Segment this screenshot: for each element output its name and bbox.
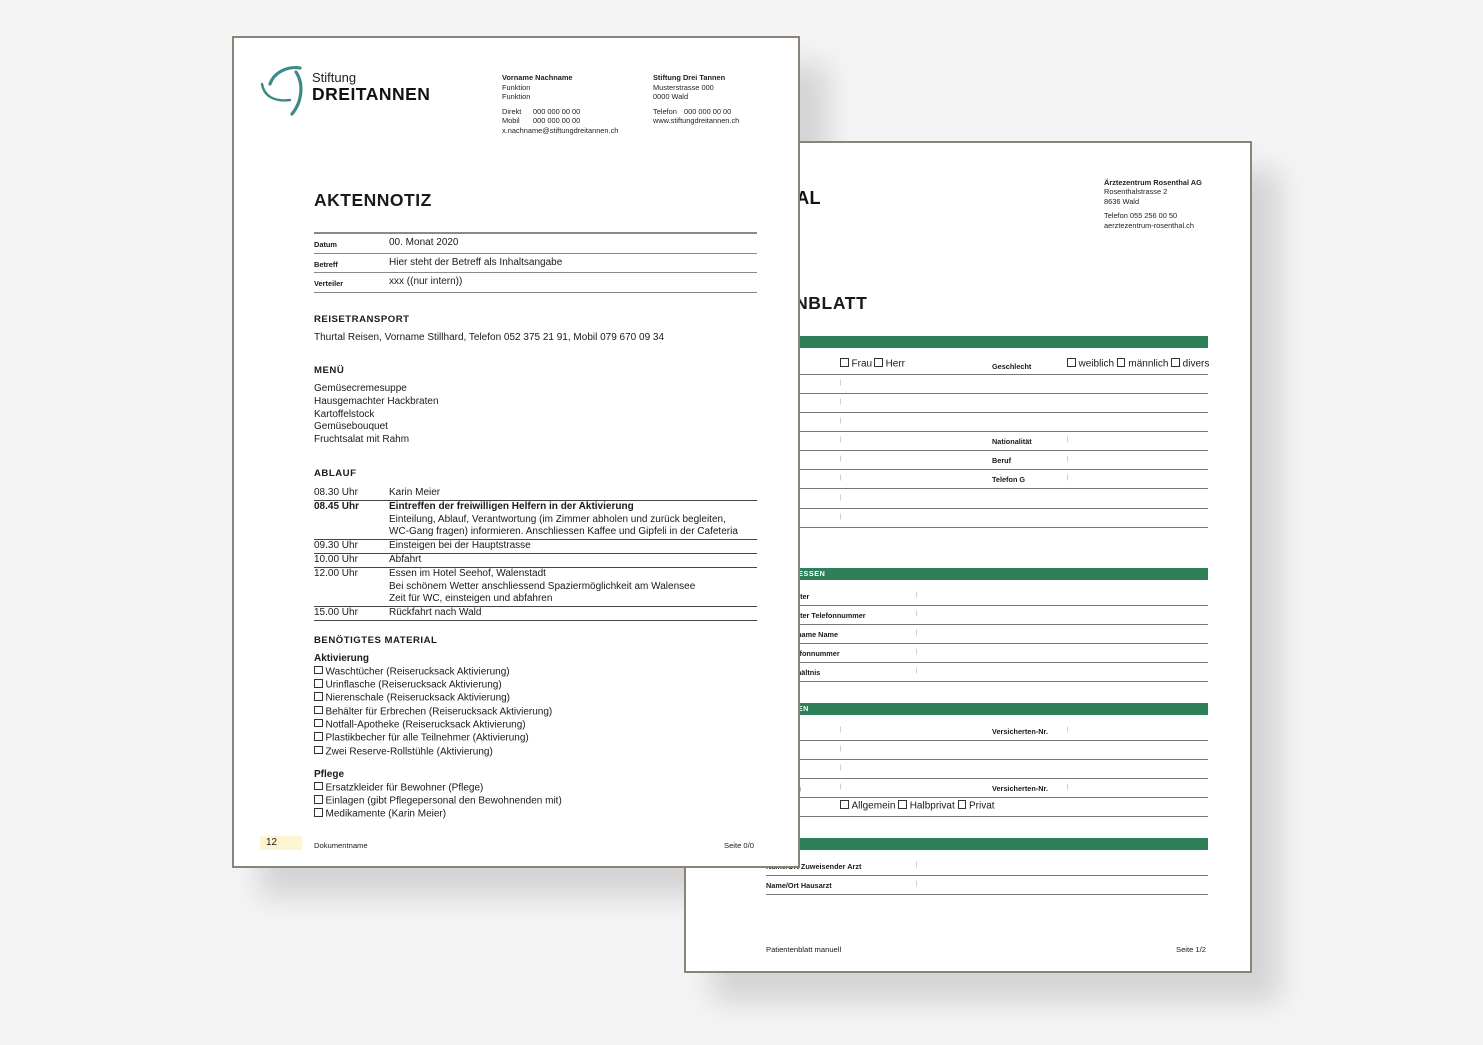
aktennotiz-page: Stiftung DREITANNEN Vorname Nachname Fun… — [232, 36, 800, 868]
ablauf-time: 15.00 Uhr — [314, 607, 358, 620]
checkbox-icon[interactable] — [1171, 358, 1180, 367]
checkbox-icon[interactable] — [314, 719, 323, 728]
form-row[interactable]: ntakt Vorname Name| — [766, 624, 1208, 644]
ablauf-desc: Bei schönem Wetter anschliessend Spazier… — [389, 581, 757, 594]
ablauf-desc: Abfahrt — [389, 554, 757, 567]
meta-row-betreff: BetreffHier steht der Betreff als Inhalt… — [314, 254, 757, 274]
checklist-label: Urinflasche (Reiserucksack Aktivierung) — [326, 680, 502, 691]
form-row-geburtsdatum[interactable]: atum | Nationalität | — [766, 431, 1208, 451]
checkbox-icon[interactable] — [1117, 358, 1126, 367]
material-group-aktivierung: AktivierungWaschtücher (Reiserucksack Ak… — [314, 653, 552, 759]
form-row[interactable]: | — [766, 393, 1208, 413]
checkbox-icon[interactable] — [874, 358, 883, 367]
form-row-versicherungsart[interactable]: ungsart Allgemein Halbprivat Privat — [766, 797, 1208, 817]
ablauf-row: 10.00 UhrAbfahrt — [314, 554, 757, 568]
form-row-beruf[interactable]: | Beruf | — [766, 450, 1208, 470]
mobil-value: 000 000 00 00 — [533, 116, 580, 125]
checkbox-icon[interactable] — [314, 679, 323, 688]
checklist-item[interactable]: Medikamente (Karin Meier) — [314, 808, 562, 821]
checklist-item[interactable]: Notfall-Apotheke (Reiserucksack Aktivier… — [314, 719, 552, 732]
ablauf-time: 08.30 Uhr — [314, 487, 358, 500]
section-personalien: NALIEN — [746, 336, 1208, 348]
checklist-label: Nierenschale (Reiserucksack Aktivierung) — [326, 693, 511, 704]
ablauf-desc: Einsteigen bei der Hauptstrasse — [389, 540, 757, 553]
org-city: 8636 Wald — [1104, 197, 1202, 206]
checklist-item[interactable]: Ersatzkleider für Bewohner (Pflege) — [314, 782, 562, 795]
org-web: aerztezentrum-rosenthal.ch — [1104, 221, 1202, 230]
material-group-pflege: PflegeErsatzkleider für Bewohner (Pflege… — [314, 769, 562, 822]
org-name: Ärztezentrum Rosenthal AG — [1104, 178, 1202, 187]
form-row[interactable]: ntakt Telefonnummer| — [766, 643, 1208, 663]
menu-item: Kartoffelstock — [314, 409, 439, 422]
checklist-label: Plastikbecher für alle Teilnehmer (Aktiv… — [326, 733, 529, 744]
contact-function: Funktion — [502, 92, 618, 102]
form-row[interactable]: | — [766, 412, 1208, 432]
checkbox-icon[interactable] — [1067, 358, 1076, 367]
direkt-value: 000 000 00 00 — [533, 107, 580, 116]
meta-key: Verteiler — [314, 279, 343, 288]
org-phone: Telefon 055 256 00 50 — [1104, 211, 1202, 220]
org-city: 0000 Wald — [653, 92, 739, 102]
logo-subtitle: Stiftung — [312, 70, 356, 85]
heading-ablauf: ABLAUF — [314, 468, 356, 479]
form-row[interactable]: mer| — [766, 759, 1208, 779]
versicherungsart-options[interactable]: Allgemein Halbprivat Privat — [840, 800, 995, 812]
page-title: AKTENNOTIZ — [314, 190, 432, 211]
form-row-kasse[interactable]: asse| Versicherten-Nr.| — [766, 721, 1208, 741]
form-row-zusatz[interactable]: sicherung| Versicherten-Nr.| — [766, 778, 1208, 798]
ablauf-time: 09.30 Uhr — [314, 540, 358, 553]
field-label: Beruf — [992, 456, 1011, 465]
material-group-title: Pflege — [314, 769, 562, 782]
contact-name: Vorname Nachname — [502, 73, 573, 82]
direkt-label: Direkt — [502, 107, 533, 117]
form-row[interactable]: r.| — [766, 740, 1208, 760]
meta-row-verteiler: Verteilerxxx ((nur intern)) — [314, 273, 757, 293]
ablauf-desc: Rückfahrt nach Wald — [389, 607, 757, 620]
ablauf-desc: WC-Gang fragen) informieren. Anschliesse… — [389, 526, 757, 539]
org-name: Stiftung Drei Tannen — [653, 73, 725, 82]
form-row-telefon[interactable]: | Telefon G | — [766, 469, 1208, 489]
checkbox-icon[interactable] — [314, 692, 323, 701]
checklist-label: Behälter für Erbrechen (Reiserucksack Ak… — [326, 706, 553, 717]
material-group-title: Aktivierung — [314, 653, 552, 666]
org-street: Rosenthalstrasse 2 — [1104, 187, 1202, 196]
checklist-item[interactable]: Nierenschale (Reiserucksack Aktivierung) — [314, 692, 552, 705]
menu-item: Hausgemachter Hackbraten — [314, 396, 439, 409]
checklist-item[interactable]: Einlagen (gibt Pflegepersonal den Bewohn… — [314, 795, 562, 808]
form-row[interactable]: | — [766, 508, 1208, 528]
field-label: Versicherten-Nr. — [992, 727, 1048, 736]
form-row[interactable]: ntakt Verhältnis| — [766, 662, 1208, 682]
geschlecht-label: Geschlecht — [992, 362, 1031, 371]
menu-item: Fruchtsalat mit Rahm — [314, 434, 439, 447]
menu-item: Gemüsecremesuppe — [314, 383, 439, 396]
checkbox-icon[interactable] — [314, 666, 323, 675]
ablauf-desc: Zeit für WC, einsteigen und abfahren — [389, 593, 757, 606]
form-row[interactable]: | — [766, 374, 1208, 394]
contact-function: Funktion — [502, 83, 618, 93]
form-row-anrede[interactable]: FrauHerr Geschlecht weiblich männlich di… — [766, 355, 1208, 375]
checklist-item[interactable]: Plastikbecher für alle Teilnehmer (Aktiv… — [314, 732, 552, 745]
checklist-item[interactable]: Behälter für Erbrechen (Reiserucksack Ak… — [314, 706, 552, 719]
checklist-label: Waschtücher (Reiserucksack Aktivierung) — [326, 666, 510, 677]
checklist-label: Zwei Reserve-Rollstühle (Aktivierung) — [326, 746, 493, 757]
meta-value: Hier steht der Betreff als Inhaltsangabe — [389, 257, 562, 268]
meta-table: Datum00. Monat 2020 BetreffHier steht de… — [314, 232, 757, 293]
checkbox-icon[interactable] — [840, 358, 849, 367]
form-row[interactable]: Name/Ort Zuweisender Arzt| — [766, 856, 1208, 876]
form-row[interactable]: her Vertreter| — [766, 586, 1208, 606]
heading-menu: MENÜ — [314, 365, 344, 376]
ablauf-row: 12.00 UhrEssen im Hotel Seehof, Walensta… — [314, 568, 757, 607]
ablauf-desc: Einteilung, Ablauf, Verantwortung (im Zi… — [389, 514, 757, 527]
checkbox-icon[interactable] — [840, 800, 849, 809]
checkbox-icon[interactable] — [898, 800, 907, 809]
section-aerzte: E ÄRZTE — [746, 838, 1208, 850]
contact-person: Vorname Nachname Funktion Funktion Direk… — [502, 73, 618, 136]
checklist-label: Ersatzkleider für Bewohner (Pflege) — [326, 782, 484, 793]
meta-value: 00. Monat 2020 — [389, 237, 459, 248]
heading-material: BENÖTIGTES MATERIAL — [314, 635, 437, 646]
mobil-label: Mobil — [502, 116, 533, 126]
org-street: Musterstrasse 000 — [653, 83, 739, 93]
footer-page: Seite 0/0 — [724, 841, 754, 850]
telefon-value: 000 000 00 00 — [684, 107, 731, 116]
ablauf-time: 10.00 Uhr — [314, 554, 358, 567]
reisetransport-text: Thurtal Reisen, Vorname Stillhard, Telef… — [314, 332, 664, 345]
checklist-label: Notfall-Apotheke (Reiserucksack Aktivier… — [326, 719, 526, 730]
ablauf-time: 12.00 Uhr — [314, 568, 358, 581]
checkbox-icon[interactable] — [958, 800, 967, 809]
checklist-label: Medikamente (Karin Meier) — [326, 809, 447, 820]
footer-number: 12 — [260, 836, 302, 850]
org-address: Ärztezentrum Rosenthal AG Rosenthalstras… — [1104, 178, 1202, 230]
ablauf-row: 15.00 UhrRückfahrt nach Wald — [314, 607, 757, 621]
meta-value: xxx ((nur intern)) — [389, 276, 462, 287]
field-label: Nationalität — [992, 437, 1032, 446]
form-row[interactable]: her Vertreter Telefonnummer| — [766, 605, 1208, 625]
checkbox-icon[interactable] — [314, 746, 323, 755]
ablauf-desc: Eintreffen der freiwilligen Helfern in d… — [389, 501, 757, 514]
field-label: Telefon G — [992, 475, 1025, 484]
footer-docname: Patientenblatt manuell — [766, 945, 841, 954]
section-versicherungen: HERUNGEN — [746, 703, 1208, 715]
org-address: Stiftung Drei Tannen Musterstrasse 000 0… — [653, 73, 739, 126]
checkbox-icon[interactable] — [314, 795, 323, 804]
footer-page: Seite 1/2 — [1176, 945, 1206, 954]
ablauf-row: 09.30 UhrEinsteigen bei der Hauptstrasse — [314, 540, 757, 554]
telefon-label: Telefon — [653, 107, 684, 117]
checklist-item[interactable]: Waschtücher (Reiserucksack Aktivierung) — [314, 666, 552, 679]
footer-docname: Dokumentname — [314, 841, 368, 850]
ablauf-row: 08.45 UhrEintreffen der freiwilligen Hel… — [314, 501, 757, 540]
menu-item: Gemüsebouquet — [314, 421, 439, 434]
field-label: Name/Ort Hausarzt — [766, 881, 832, 890]
meta-key: Datum — [314, 240, 337, 249]
checkbox-icon[interactable] — [314, 706, 323, 715]
logo-icon — [260, 64, 310, 118]
ablauf-row: 08.30 UhrKarin Meier — [314, 487, 757, 501]
checkbox-icon[interactable] — [314, 782, 323, 791]
org-web[interactable]: www.stiftungdreitannen.ch — [653, 116, 739, 126]
geschlecht-options[interactable]: weiblich männlich divers — [1067, 358, 1209, 370]
checklist-item[interactable]: Zwei Reserve-Rollstühle (Aktivierung) — [314, 746, 552, 759]
checkbox-icon[interactable] — [314, 732, 323, 741]
checkbox-icon[interactable] — [314, 808, 323, 817]
form-row[interactable]: | — [766, 489, 1208, 509]
logo-title: DREITANNEN — [312, 84, 430, 105]
anrede-options[interactable]: FrauHerr — [840, 358, 905, 370]
contact-email[interactable]: x.nachname@stiftungdreitannen.ch — [502, 126, 618, 136]
field-label: Versicherten-Nr. — [992, 784, 1048, 793]
checklist-label: Einlagen (gibt Pflegepersonal den Bewohn… — [326, 796, 562, 807]
form-row[interactable]: Name/Ort Hausarzt| — [766, 875, 1208, 895]
checklist-item[interactable]: Urinflasche (Reiserucksack Aktivierung) — [314, 679, 552, 692]
ablauf-time: 08.45 Uhr — [314, 501, 359, 514]
ablauf-desc: Essen im Hotel Seehof, Walenstadt — [389, 568, 757, 581]
ablauf-desc: Karin Meier — [389, 487, 757, 500]
meta-key: Betreff — [314, 260, 338, 269]
heading-reisetransport: REISETRANSPORT — [314, 314, 410, 325]
ablauf-table: 08.30 UhrKarin Meier08.45 UhrEintreffen … — [314, 487, 757, 621]
meta-row-datum: Datum00. Monat 2020 — [314, 234, 757, 254]
section-notfalladressen: ATIVADRESSEN — [746, 568, 1208, 580]
menu-list: Gemüsecremesuppe Hausgemachter Hackbrate… — [314, 383, 439, 447]
